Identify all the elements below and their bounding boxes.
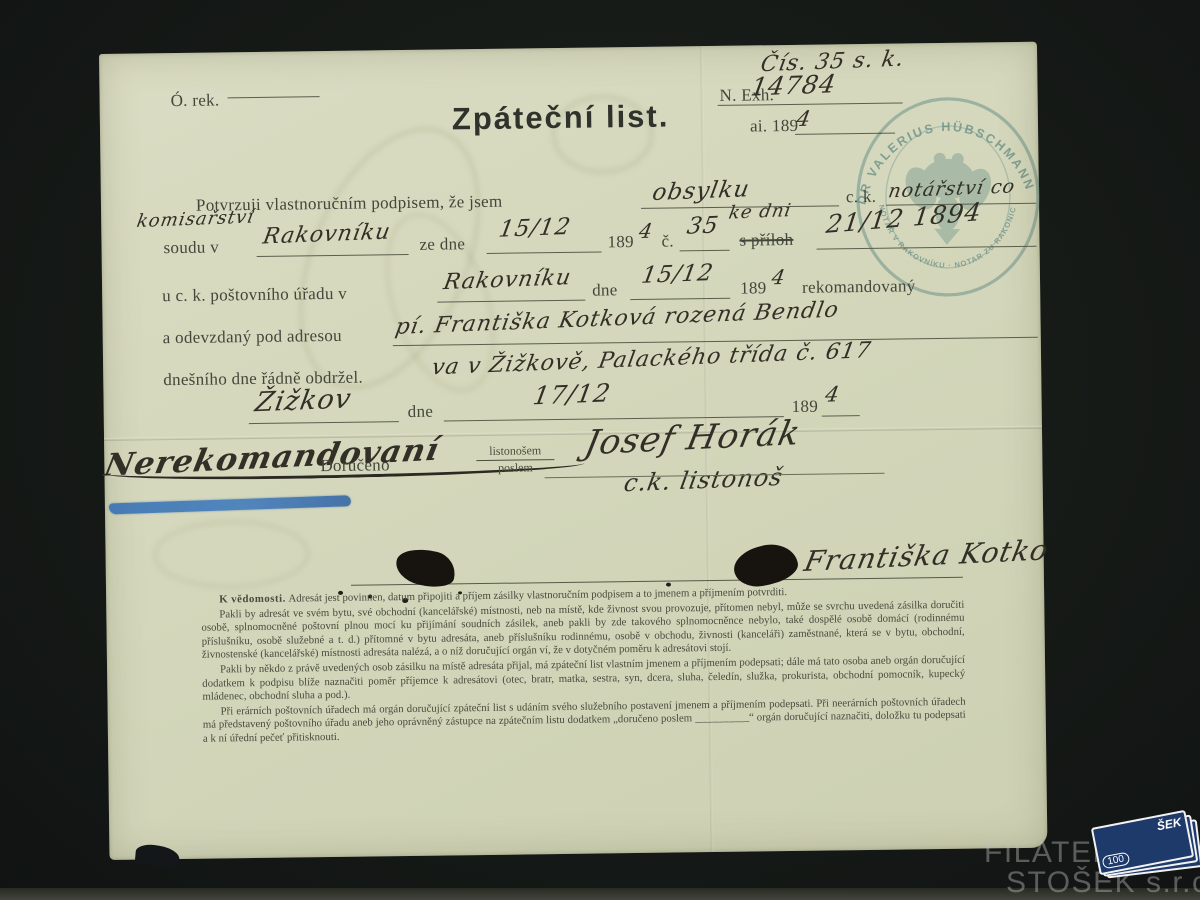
printed-year2: 189 — [740, 278, 767, 298]
printed-dne2: dne — [408, 402, 434, 422]
horizontal-fold-crease — [104, 426, 1042, 441]
listonosem-poslem-fraction: listonošem poslem — [476, 444, 554, 476]
value-100-label: 100 — [1101, 852, 1130, 870]
handwritten-date: 15/12 — [497, 214, 573, 243]
blank-line — [680, 249, 730, 252]
notice-paragraph-2: Pakli by adresát ve svém bytu, své obcho… — [201, 598, 965, 662]
postman-signature-role: c.k. listonoš — [622, 463, 785, 497]
handwritten-date-signed: 17/12 — [531, 378, 613, 410]
blank-line — [487, 250, 602, 254]
printed-doruceno: Doručeno — [320, 455, 390, 476]
doc-title: Zpáteční list. — [452, 99, 670, 138]
printed-rekomandovany: rekomandovaný — [802, 276, 916, 297]
handwritten-place-signed: Žižkov — [253, 383, 354, 418]
sek-label: ŠEK — [1156, 815, 1183, 833]
postman-signature-name: Josef Horák — [581, 413, 804, 463]
recipient-signature: Františka Kotko — [801, 533, 1051, 578]
exh-number-handwritten: 14784 — [749, 69, 839, 101]
printed-year: 189 — [607, 232, 634, 252]
handwritten-number: 35 — [685, 212, 721, 239]
ai-year-handwritten: 4 — [795, 106, 814, 131]
handwritten-year-digit2: 4 — [770, 265, 788, 290]
form-line2-printed-soudu: soudu v — [163, 237, 219, 258]
form-line2-printed-zedne: ze dne — [419, 234, 465, 255]
ai-label: ai. 189 — [750, 116, 799, 137]
blank-line — [630, 297, 730, 300]
fraction-top: listonošem — [476, 444, 554, 459]
blank-line — [822, 414, 860, 416]
struck-printed-spriloh: s příloh — [739, 230, 793, 251]
handwritten-year-digit3: 4 — [823, 382, 842, 407]
form-line2-printed-c: č. — [661, 231, 674, 251]
notice-paragraph-4: Při erárních poštovních úřadech má orgán… — [203, 695, 966, 746]
handwritten-year-digit: 4 — [637, 219, 655, 244]
ink-speck — [666, 583, 671, 587]
handwritten-place: Rakovníku — [261, 220, 393, 250]
fraction-bottom: poslem — [476, 461, 554, 476]
blue-pencil-mark — [109, 495, 351, 514]
printed-dne: dne — [592, 280, 618, 300]
ref-left-blank — [228, 95, 320, 98]
torn-notch — [135, 843, 181, 867]
form-line4-printed: a odevzdaný pod adresou — [163, 326, 342, 348]
document-paper: Ó. rek. Zpáteční list. Čís. 35 s. k. N. … — [99, 42, 1047, 860]
ghost-postmark — [153, 519, 310, 589]
blank-line — [249, 420, 399, 424]
handwritten-komisarstvi: komisařství — [135, 206, 256, 232]
handwritten-place2: Rakovníku — [442, 265, 574, 295]
ref-left-label: Ó. rek. — [170, 90, 219, 111]
notice-block: K vědomosti. Adresát jest povinnen, datu… — [201, 584, 966, 748]
handwritten-date3: 15/12 — [640, 260, 716, 289]
notice-lead: K vědomosti. — [219, 593, 286, 606]
handwritten-kedni: ke dni — [727, 200, 793, 223]
form-line3-printed: u c. k. poštovního úřadu v — [162, 284, 347, 306]
form-line1-printed-ck: c. k. — [846, 187, 877, 207]
ink-blot — [731, 541, 800, 590]
